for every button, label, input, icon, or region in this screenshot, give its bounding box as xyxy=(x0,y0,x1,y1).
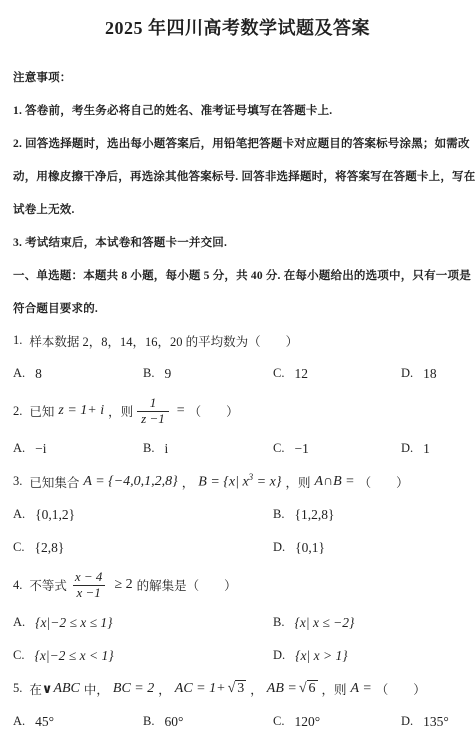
option-5c: C.120° xyxy=(273,714,401,730)
fraction: x − 4 x −1 xyxy=(71,570,107,601)
document-body: 注意事项： 1. 答卷前，考生务必将自己的姓名、准考证号填写在答题卡上. 2. … xyxy=(0,52,475,738)
option-5a: A.45° xyxy=(13,714,143,730)
question-2-text: ，则 xyxy=(108,402,133,420)
question-5-text: 中， xyxy=(84,680,109,698)
notice-3: 3. 考试结束后，本试卷和答题卡一并交回. xyxy=(13,225,464,258)
question-1-number: 1. xyxy=(13,333,22,348)
option-2c: C.−1 xyxy=(273,441,401,457)
question-5: 5. 在 ∨ ABC 中， BC = 2 ， AC = 1+√3 ， AB =√… xyxy=(13,672,464,705)
question-2-number: 2. xyxy=(13,404,22,419)
question-2: 2. 已知 z = 1+ i ，则 1 z −1 = （ ） xyxy=(13,390,464,432)
question-4-number: 4. xyxy=(13,578,22,593)
option-2d: D.1 xyxy=(401,441,464,457)
option-4b: B.{x| x ≤ −2} xyxy=(273,615,464,631)
question-5-text: ， xyxy=(158,680,171,698)
math-expression: = xyxy=(177,403,185,419)
question-1-options: A.8 B.9 C.12 D.18 xyxy=(13,357,464,390)
math-expression: z = 1+ i xyxy=(58,403,104,419)
section-1-header-line-1: 一、单选题：本题共 8 小题，每小题 5 分，共 40 分. 在每小题给出的选项… xyxy=(13,258,464,291)
sqrt-symbol: √ xyxy=(299,681,307,696)
question-4-options-row-2: C.{x|−2 ≤ x < 1} D.{x| x > 1} xyxy=(13,639,464,672)
triangle-symbol: ∨ xyxy=(42,681,53,697)
question-1-text: 样本数据 2，8，14，16，20 的平均数为（ ） xyxy=(29,332,298,350)
question-5-text: ，则 xyxy=(322,680,347,698)
option-2a: A.−i xyxy=(13,441,143,457)
math-expression: A = xyxy=(351,681,372,697)
question-5-options: A.45° B.60° C.120° D.135° xyxy=(13,705,464,738)
question-3-options-row-2: C.{2,8} D.{0,1} xyxy=(13,531,464,564)
question-4: 4. 不等式 x − 4 x −1 ≥ 2 的解集是（ ） xyxy=(13,564,464,606)
question-3-text: ，则 xyxy=(285,473,310,491)
math-expression: AC = 1+√3 xyxy=(175,681,246,697)
notice-2-line-1: 2. 回答选择题时，选出每小题答案后，用铅笔把答题卡对应题目的答案标号涂黑；如需… xyxy=(13,126,464,159)
question-5-number: 5. xyxy=(13,681,22,696)
exam-document-page: 2025 年四川高考数学试题及答案 注意事项： 1. 答卷前，考生务必将自己的姓… xyxy=(0,0,475,739)
option-4a: A.{x|−2 ≤ x ≤ 1} xyxy=(13,615,273,631)
notice-heading: 注意事项： xyxy=(13,60,464,93)
question-2-text: 已知 xyxy=(29,402,54,420)
notice-2-line-2: 动，用橡皮擦干净后，再选涂其他答案标号. 回答非选择题时，将答案写在答题卡上，写… xyxy=(13,159,464,192)
math-expression: BC = 2 xyxy=(113,681,154,697)
math-expression: ≥ 2 xyxy=(114,577,132,593)
option-1c: C.12 xyxy=(273,366,401,382)
option-5d: D.135° xyxy=(401,714,464,730)
question-5-text: 在 xyxy=(29,680,42,698)
question-3-options-row-1: A.{0,1,2} B.{1,2,8} xyxy=(13,498,464,531)
option-3a: A.{0,1,2} xyxy=(13,507,273,523)
math-expression: AB =√6 xyxy=(267,681,318,697)
option-1a: A.8 xyxy=(13,366,143,382)
option-1b: B.9 xyxy=(143,366,273,382)
option-3b: B.{1,2,8} xyxy=(273,507,464,523)
question-2-options: A.−i B.i C.−1 D.1 xyxy=(13,432,464,465)
question-3-text: 已知集合 xyxy=(29,473,79,491)
answer-blank-parentheses: （ ） xyxy=(359,473,409,491)
notice-2-line-3: 试卷上无效. xyxy=(13,192,464,225)
exponent: 3 xyxy=(249,472,254,482)
page-title: 2025 年四川高考数学试题及答案 xyxy=(0,0,475,52)
question-5-text: ， xyxy=(250,680,263,698)
option-1d: D.18 xyxy=(401,366,464,382)
question-4-options-row-1: A.{x|−2 ≤ x ≤ 1} B.{x| x ≤ −2} xyxy=(13,606,464,639)
question-4-text: 不等式 xyxy=(29,576,67,594)
option-4d: D.{x| x > 1} xyxy=(273,648,464,664)
question-1: 1. 样本数据 2，8，14，16，20 的平均数为（ ） xyxy=(13,324,464,357)
option-3c: C.{2,8} xyxy=(13,540,273,556)
option-3d: D.{0,1} xyxy=(273,540,464,556)
math-expression: B = {x| x3 = x} xyxy=(198,472,281,491)
question-3: 3. 已知集合 A = {−4,0,1,2,8} ， B = {x| x3 = … xyxy=(13,465,464,498)
option-4c: C.{x|−2 ≤ x < 1} xyxy=(13,648,273,664)
math-expression: A∩B = xyxy=(314,474,354,490)
section-1-header-line-2: 符合题目要求的. xyxy=(13,291,464,324)
question-3-number: 3. xyxy=(13,474,22,489)
answer-blank-parentheses: （ ） xyxy=(376,680,426,698)
question-4-text: 的解集是（ ） xyxy=(137,576,237,594)
option-5b: B.60° xyxy=(143,714,273,730)
option-2b: B.i xyxy=(143,441,273,457)
fraction: 1 z −1 xyxy=(137,396,169,427)
math-expression: ABC xyxy=(53,681,79,697)
answer-blank-parentheses: （ ） xyxy=(189,402,239,420)
notice-1: 1. 答卷前，考生务必将自己的姓名、准考证号填写在答题卡上. xyxy=(13,93,464,126)
question-3-text: ， xyxy=(182,473,195,491)
math-expression: A = {−4,0,1,2,8} xyxy=(83,474,177,490)
